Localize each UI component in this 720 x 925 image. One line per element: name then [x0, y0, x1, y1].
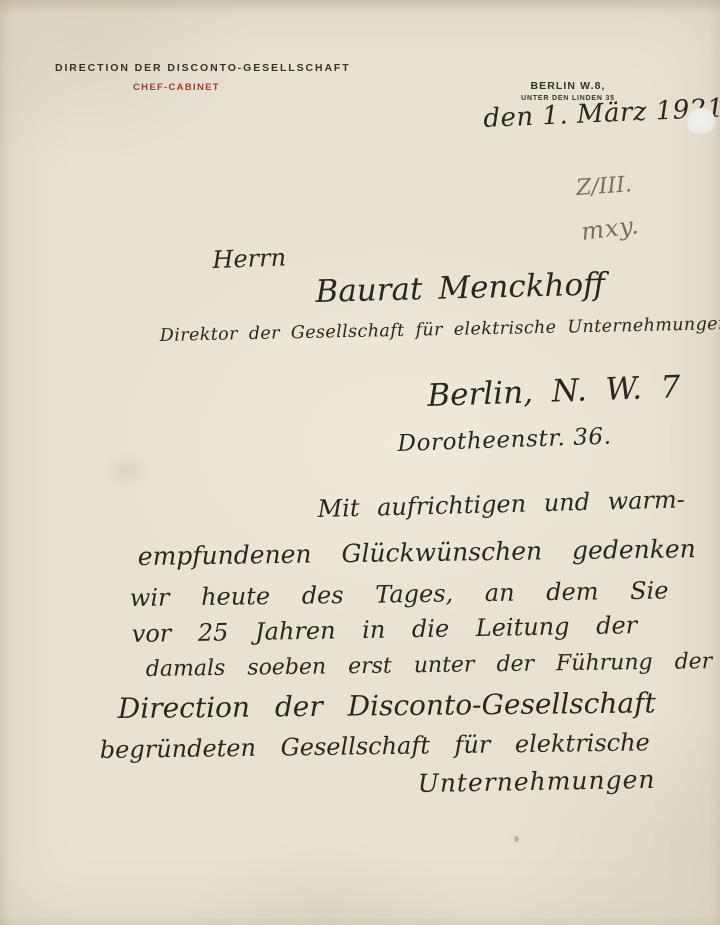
recipient-salutation: Herrn [212, 243, 286, 274]
body-line: wir heute des Tages, an dem Sie [130, 576, 669, 612]
recipient-street: Dorotheenstr. 36. [397, 424, 612, 457]
recipient-name: Baurat Menckhoff [315, 266, 605, 310]
body-line: empfundenen Glückwünschen gedenken [138, 534, 696, 571]
pencil-initials: mxy. [580, 211, 641, 246]
letterhead-city: BERLIN W.8, [497, 80, 639, 92]
letterhead-company: DIRECTION DER DISCONTO-GESELLSCHAFT [55, 62, 351, 74]
recipient-title: Direktor der Gesellschaft für elektrisch… [160, 314, 720, 346]
body-line: vor 25 Jahren in die Leitung der [132, 611, 638, 648]
punch-hole [687, 108, 716, 137]
body-line: damals soeben erst unter der Führung der [146, 649, 713, 682]
paper-speck [514, 836, 519, 842]
recipient-city: Berlin, N. W. 7 [427, 369, 681, 414]
pencil-registry-mark: Z/III. [575, 172, 632, 201]
body-line: Direction der Disconto-Gesellschaft [118, 686, 656, 725]
letterhead-office: CHEF-CABINET [133, 82, 220, 93]
paper-smudge [104, 452, 150, 490]
letter-page: DIRECTION DER DISCONTO-GESELLSCHAFT CHEF… [0, 0, 720, 925]
body-line: Unternehmungen [417, 765, 655, 798]
body-line: begründeten Gesellschaft für elektrische [100, 728, 650, 764]
body-line: Mit aufrichtigen und warm- [317, 485, 685, 523]
